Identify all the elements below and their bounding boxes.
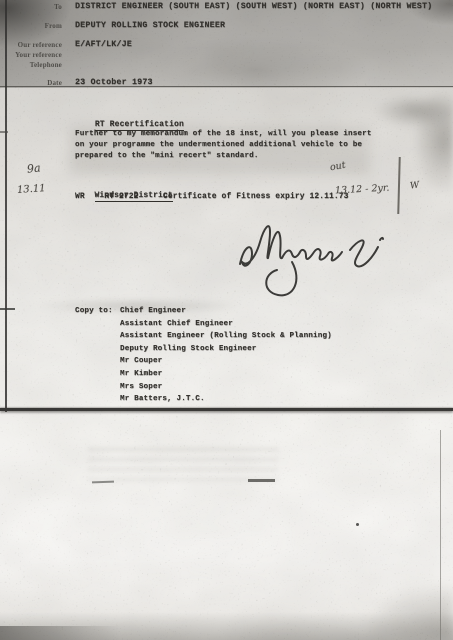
scan-mark (0, 131, 8, 133)
header-divider-line (0, 86, 453, 87)
scan-speck (356, 523, 359, 526)
scan-edge-shading (0, 626, 120, 640)
your-reference-label: Your reference (0, 51, 62, 59)
handwritten-note: 13.12 - 2yr. (335, 183, 390, 197)
vehicle-line: WR RT 2722 Certificate of Fitness expiry… (75, 191, 349, 202)
scan-grain (404, 92, 453, 217)
from-label: From (0, 22, 62, 30)
copy-to-item: Mr Couper (120, 355, 332, 368)
scanned-memo-page: To From Our reference Your reference Tel… (0, 0, 453, 640)
body-line: Further to my memorandum of the 18 inst,… (75, 129, 372, 140)
copy-to-item: Deputy Rolling Stock Engineer (120, 343, 332, 356)
copy-to-item: Assistant Engineer (Rolling Stock & Plan… (120, 330, 332, 343)
handwritten-initial: W (409, 180, 420, 191)
date-label: Date (0, 79, 62, 87)
body-line: prepared to the "mini recert" standard. (75, 151, 372, 162)
copy-to-item: Assistant Chief Engineer (120, 318, 332, 331)
copy-to-item: Chief Engineer (120, 305, 332, 318)
copy-to-label: Copy to: (75, 305, 113, 318)
to-label: To (0, 3, 62, 11)
our-reference-value: E/AFT/LK/JE (75, 40, 132, 49)
scan-mark (0, 308, 15, 310)
copy-to-item: Mr Kimber (120, 368, 332, 381)
handwritten-note: 13.11 (17, 183, 46, 196)
body-paragraph: Further to my memorandum of the 18 inst,… (75, 129, 372, 163)
telephone-label: Telephone (0, 61, 62, 69)
date-value: 23 October 1973 (75, 78, 153, 87)
body-line: on your programme the undermentioned add… (75, 140, 372, 151)
from-value: DEPUTY ROLLING STOCK ENGINEER (75, 21, 225, 30)
to-value: DISTRICT ENGINEER (SOUTH EAST) (SOUTH WE… (75, 2, 432, 11)
signature (230, 212, 395, 300)
copy-to-list: Chief Engineer Assistant Chief Engineer … (120, 305, 332, 406)
copy-to-item: Mr Batters, J.T.C. (120, 393, 332, 406)
handwritten-vertical-stroke (397, 157, 400, 214)
scan-header-shading (0, 0, 453, 88)
our-reference-label: Our reference (0, 41, 62, 49)
scan-mark (248, 479, 275, 482)
page-fold-line (0, 408, 453, 411)
page-right-edge-line (440, 430, 441, 640)
handwritten-note: 9a (26, 161, 41, 175)
copy-to-item: Mrs Soper (120, 381, 332, 394)
